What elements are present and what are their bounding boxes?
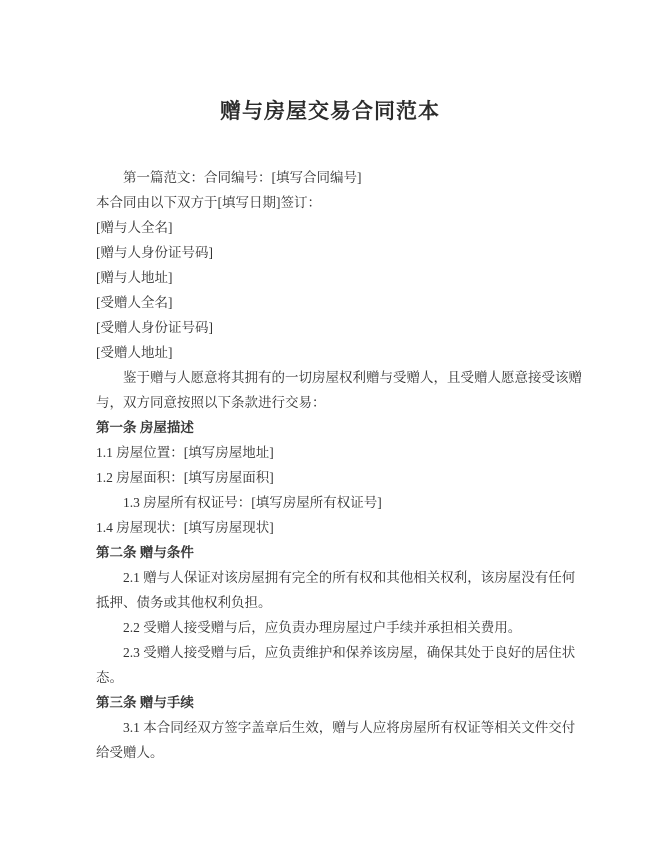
recitals-paragraph: 鉴于赠与人愿意将其拥有的一切房屋权利赠与受赠人，且受赠人愿意接受该赠与，双方同意… [96, 365, 586, 415]
intro-contract-number-line: 第一篇范文：合同编号：[填写合同编号] [96, 165, 586, 190]
signing-parties-line: 本合同由以下双方于[填写日期]签订： [96, 190, 586, 215]
clause-2-3-maintenance-obligation: 2.3 受赠人接受赠与后，应负责维护和保养该房屋，确保其处于良好的居住状态。 [96, 640, 586, 690]
clause-1-heading: 第一条 房屋描述 [96, 415, 586, 440]
clause-1-2-house-area: 1.2 房屋面积：[填写房屋面积] [96, 465, 586, 490]
donee-id-number-field: [受赠人身份证号码] [96, 315, 586, 340]
clause-2-heading: 第二条 赠与条件 [96, 540, 586, 565]
clause-3-heading: 第三条 赠与手续 [96, 690, 586, 715]
clause-1-1-house-location: 1.1 房屋位置：[填写房屋地址] [96, 440, 586, 465]
clause-1-4-house-condition: 1.4 房屋现状：[填写房屋现状] [96, 515, 586, 540]
donor-address-field: [赠与人地址] [96, 265, 586, 290]
contract-document-page: 赠与房屋交易合同范本 第一篇范文：合同编号：[填写合同编号] 本合同由以下双方于… [0, 0, 660, 855]
donor-name-field: [赠与人全名] [96, 215, 586, 240]
donee-name-field: [受赠人全名] [96, 290, 586, 315]
clause-3-1-effectiveness-and-delivery: 3.1 本合同经双方签字盖章后生效，赠与人应将房屋所有权证等相关文件交付给受赠人… [96, 715, 586, 765]
donee-address-field: [受赠人地址] [96, 340, 586, 365]
donor-id-number-field: [赠与人身份证号码] [96, 240, 586, 265]
clause-1-3-ownership-certificate: 1.3 房屋所有权证号：[填写房屋所有权证号] [96, 490, 586, 515]
page-title: 赠与房屋交易合同范本 [0, 97, 660, 126]
clause-2-1-ownership-guarantee: 2.1 赠与人保证对该房屋拥有完全的所有权和其他相关权利，该房屋没有任何抵押、债… [96, 565, 586, 615]
clause-2-2-transfer-procedures: 2.2 受赠人接受赠与后，应负责办理房屋过户手续并承担相关费用。 [96, 615, 586, 640]
